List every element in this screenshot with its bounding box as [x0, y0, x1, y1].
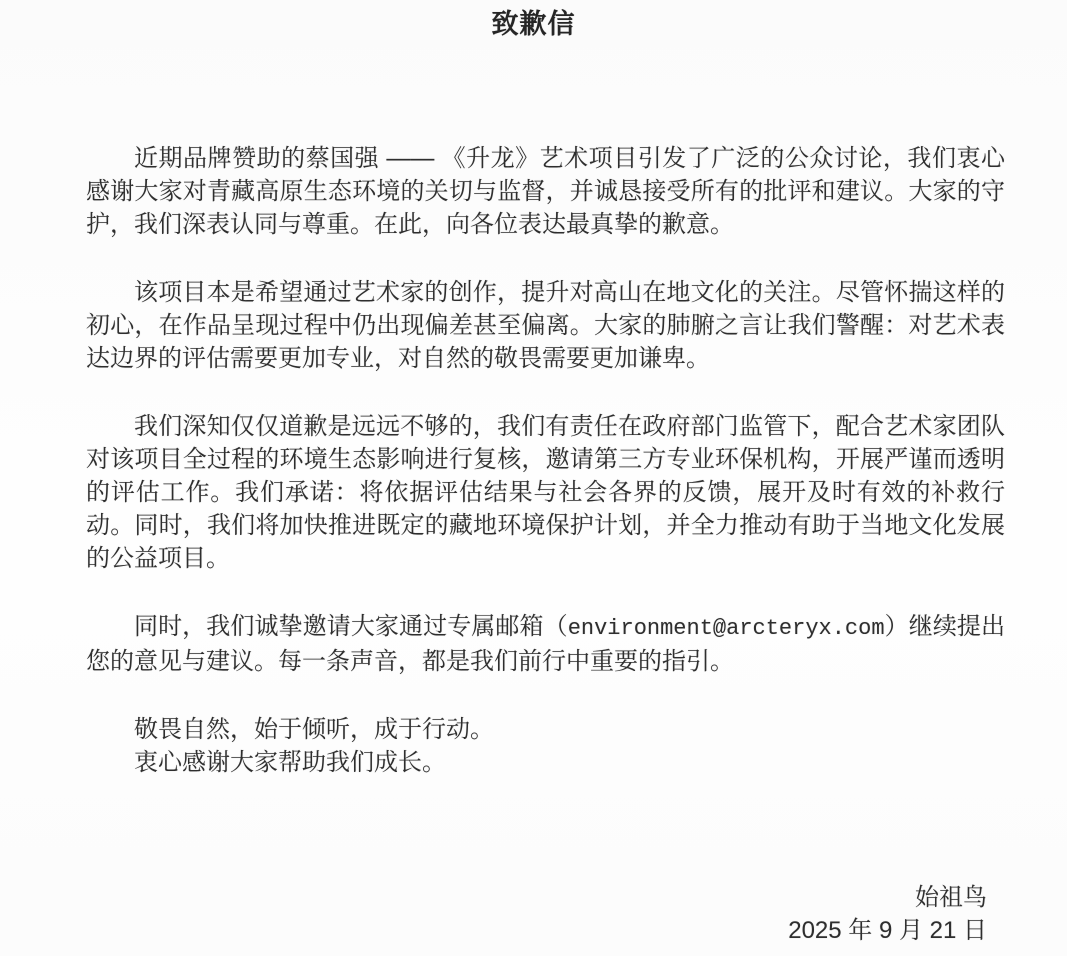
- signature-block: 始祖鸟 2025 年 9 月 21 日: [86, 881, 1005, 947]
- closing-line-1: 敬畏自然，始于倾听，成于行动。: [86, 713, 1005, 746]
- paragraph-1: 近期品牌赞助的蔡国强 —— 《升龙》艺术项目引发了广泛的公众讨论，我们衷心感谢大…: [86, 142, 1005, 241]
- paragraph-4-text-before-email: 同时，我们诚挚邀请大家通过专属邮箱（: [134, 613, 568, 640]
- signature-name: 始祖鸟: [86, 881, 987, 914]
- email-address: environment@arcteryx.com: [568, 616, 885, 641]
- letter-title: 致歉信: [0, 0, 1067, 40]
- signature-date: 2025 年 9 月 21 日: [86, 914, 987, 947]
- closing-block: 敬畏自然，始于倾听，成于行动。 衷心感谢大家帮助我们成长。: [86, 713, 1005, 779]
- closing-line-2: 衷心感谢大家帮助我们成长。: [86, 746, 1005, 779]
- paragraph-2: 该项目本是希望通过艺术家的创作，提升对高山在地文化的关注。尽管怀揣这样的初心，在…: [86, 276, 1005, 375]
- letter-body: 近期品牌赞助的蔡国强 —— 《升龙》艺术项目引发了广泛的公众讨论，我们衷心感谢大…: [0, 142, 1067, 947]
- paragraph-3: 我们深知仅仅道歉是远远不够的，我们有责任在政府部门监管下，配合艺术家团队对该项目…: [86, 410, 1005, 575]
- apology-letter-page: 致歉信 近期品牌赞助的蔡国强 —— 《升龙》艺术项目引发了广泛的公众讨论，我们衷…: [0, 0, 1067, 956]
- paragraph-4: 同时，我们诚挚邀请大家通过专属邮箱（environment@arcteryx.c…: [86, 610, 1005, 678]
